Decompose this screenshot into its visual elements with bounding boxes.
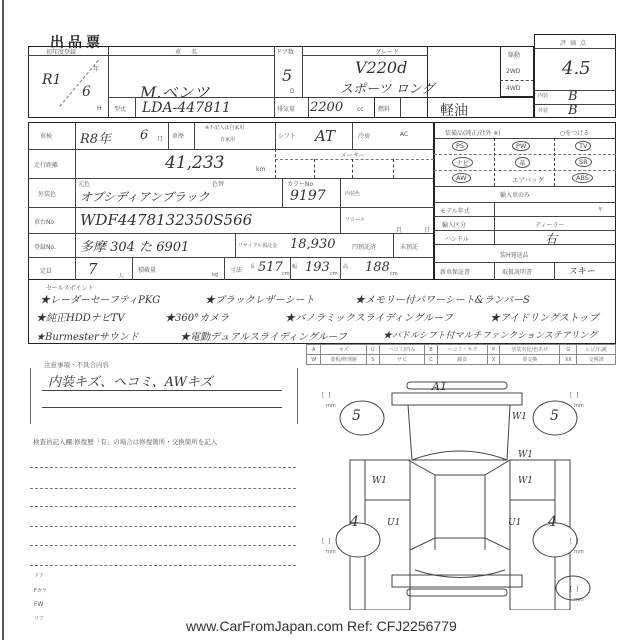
sales-point-9: ★電動デュアルスライディングルーフ [180,328,347,343]
legend-code: C [425,355,437,365]
recycle-not-deposited[interactable]: 未預託 [400,242,418,251]
mileage-unit: km [256,166,265,173]
inspection-month: 6 [140,128,148,143]
mm-unit: mm [326,403,336,409]
width-label: 幅 [292,263,297,270]
mm-unit: mm [574,597,584,603]
sales-point-10: ★パドルシフト付マルチファンクションステアリング [383,328,597,341]
doors-label: ドア数 [276,47,294,56]
first-registration-year: R1 [42,72,61,88]
original-color-label: 元色 [78,179,90,188]
color-change-label: 色替 [212,179,224,188]
mileage-value: 41,233 [165,153,224,173]
first-registration-month: 6 [82,84,91,100]
recycle-value: 18,930 [290,237,336,252]
history-note: ※不記入は自家用 [205,124,244,131]
recall-month-unit: 月 [396,225,402,234]
capacity-label: 定員 [40,266,52,275]
sales-point-1: ★レーダーセーフティPKG [40,291,160,306]
door-label: ドア [34,572,44,579]
legend-code: U [367,345,380,355]
manual-label[interactable]: 取扱説明書 [502,267,532,276]
interior-score: B [568,89,578,104]
fglass-label: Fガラ [34,587,47,594]
interior-score-label: 内装 [538,92,548,99]
legend-desc: 交換済 [577,355,616,365]
imported-header: 輸入車のみ [500,190,530,199]
mm-bracket-rl: [ ] [322,538,331,545]
legend-code: G [560,345,577,355]
legend-code: S [367,355,380,365]
chassis-no-value: WDF4478132350S566 [80,211,252,229]
legend-desc: サビ [379,355,425,365]
history-value: 自家用 [220,136,235,143]
import-type-value: ディーラー [535,220,565,229]
page-edge [2,0,4,640]
color-no-label: カラーNo [287,179,313,188]
remarks-value: 内装キズ、ヘコミ、AWキズ [48,371,213,390]
mm-bracket-fr: [ ] [570,392,579,399]
rear-right-tire-tread: 4 [548,514,557,530]
length-value: 517 [258,260,283,275]
displacement-unit: cc [357,106,364,113]
equipment-instruction: ○をつける [560,128,589,137]
sales-point-6: ★パノラミックスライディングルーフ [285,309,453,324]
legend-code: B [425,345,437,355]
recall-label: リコール [345,216,365,223]
legend-code: X [487,355,499,365]
equipment-ps[interactable]: PS [452,141,468,151]
legend-code: W [307,355,321,365]
mm-unit: mm [574,549,584,555]
capacity-unit: 人 [118,271,124,280]
exterior-color-value: オブシディアンブラック [80,188,209,205]
accessories-header: 装H発送品 [500,250,529,259]
shift-value: AT [315,127,335,145]
damage-mark-w1: W1 [518,476,533,486]
legend-desc: ヒビ/石跳 [577,345,616,355]
exterior-score: B [568,103,578,118]
damage-legend: A キズ U ヘコミ/凹み B ヘコミ・キズ P 塗装劣化/色あせ G ヒビ/石… [306,344,616,365]
model-code-value: LDA-447811 [142,100,231,116]
chassis-no-label: 車台No [34,217,54,226]
import-type-label: 輸入区分 [442,220,466,229]
rear-label: リア [34,615,44,622]
sales-point-4: ★純正HDDナビTV [36,309,125,324]
mm-unit: mm [326,549,336,555]
exterior-score-label: 外装 [538,107,548,114]
car-damage-diagram [300,370,640,610]
recall-day-unit: 日 [424,225,430,234]
mileage-label: 走行距離 [34,160,58,169]
damage-mark-w1: W1 [518,450,533,460]
history-label: 車歴 [172,131,184,140]
width-value: 193 [305,260,330,275]
displacement-label: 排気量 [277,104,295,113]
height-value: 188 [365,260,390,275]
load-label: 積載量 [138,265,156,274]
dimensions-label: 寸法 [230,265,242,274]
equipment-airbag[interactable]: エアバッグ [512,175,544,184]
equipment-navi[interactable]: ナビ [452,157,473,168]
height-label: 高 [343,263,348,270]
equipment-aw[interactable]: AW [452,173,471,183]
sales-point-8: ★Burmesterサウンド [36,328,139,343]
legend-desc: 塗装劣化/色あせ [500,345,560,355]
model-code-label: 型式 [114,104,126,113]
mm-unit: mm [574,403,584,409]
equipment-header: 装備品(純正/社外 ※) [445,128,501,137]
sales-point-5: ★360°カメラ [165,309,229,324]
grade-line2: スポーツ ロング [340,78,434,97]
sales-point-3: ★メモリー付パワーシート&ランバーS [355,291,530,306]
damage-mark-u1: U1 [508,518,521,528]
recycle-deposited[interactable]: 円預託済 [352,242,376,251]
warranty-label[interactable]: 新車保証書 [440,267,470,276]
front-damage-mark: A1 [432,380,447,393]
sales-point-2: ★ブラックレザーシート [205,291,315,306]
doors-value: 5 [282,66,292,85]
legend-desc: キズ [321,345,367,355]
equipment-leather[interactable]: 革 [515,157,530,168]
mm-bracket-spare: [ ] [570,586,579,593]
width-unit: cm [330,271,338,277]
ac-value: AC [400,131,408,138]
load-unit: kg [212,272,218,278]
height-unit: cm [390,271,398,277]
handle-label: ハンドル [445,234,469,243]
legend-code: XX [560,355,577,365]
legend-desc: 要交換 [500,355,560,365]
front-right-tire-tread: 5 [550,408,559,424]
capacity-value: 7 [88,260,98,278]
legend-desc: ヘコミ・キズ [437,345,487,355]
length-label: 長 [250,263,255,270]
mm-bracket-fl: [ ] [322,392,331,399]
recycle-label: リサイクル預託金 [238,242,277,249]
interior-color-label: 内装色 [345,190,360,197]
key-value: スキー [568,264,595,277]
h-mark: H [97,105,102,112]
inspection-month-unit: 月 [157,134,163,143]
legend-code: A [307,345,321,355]
model-year-unit: 年 [598,206,603,213]
legend-desc: ヘコミ/凹み [379,345,425,355]
rear-left-tire-tread: 4 [350,514,359,530]
color-no-value: 9197 [290,188,326,204]
mm-bracket-rr: [ ] [570,538,579,545]
ac-label: 冷房 [358,131,370,140]
equipment-abs[interactable]: ABS [572,173,593,183]
shift-label: シフト [278,131,296,140]
model-year-label: モデル年式 [440,206,470,215]
grade-line1: V220d [355,58,407,77]
doors-suffix: D [290,88,295,95]
damage-mark-u1: U1 [387,518,400,528]
damage-mark-w1: W1 [512,412,527,422]
legend-desc: 腐食 [437,355,487,365]
legend-desc: 波板/修理跡 [321,355,367,365]
registration-no-value: 多摩 304 た 6901 [80,236,189,255]
damage-mark-w1: W1 [372,476,387,486]
length-unit: cm [282,271,290,277]
exterior-color-label: 外装色 [38,189,56,198]
inspection-label: 車検 [40,131,52,140]
inspection-year: R8年 [80,128,111,147]
registration-no-label: 登録No. [34,242,56,251]
score-label: 評価点 [560,38,590,47]
displacement-value: 2200 [310,100,343,115]
sales-point-7: ★アイドリングストップ [490,309,599,324]
watermark-footer: www.CarFromJapan.com Ref: CFJ2256779 [186,618,457,634]
grade-box [428,46,534,118]
inspector-label: 検査員記入欄:修復歴「有」の場合は修復箇所・交換箇所を記入 [33,437,217,446]
score-value: 4.5 [562,58,591,79]
meter-label: メーター [340,150,364,159]
equipment-sr[interactable]: SR [575,157,592,167]
front-left-tire-tread: 5 [352,408,361,424]
legend-code: P [487,345,499,355]
fw-label: FW [34,601,43,608]
